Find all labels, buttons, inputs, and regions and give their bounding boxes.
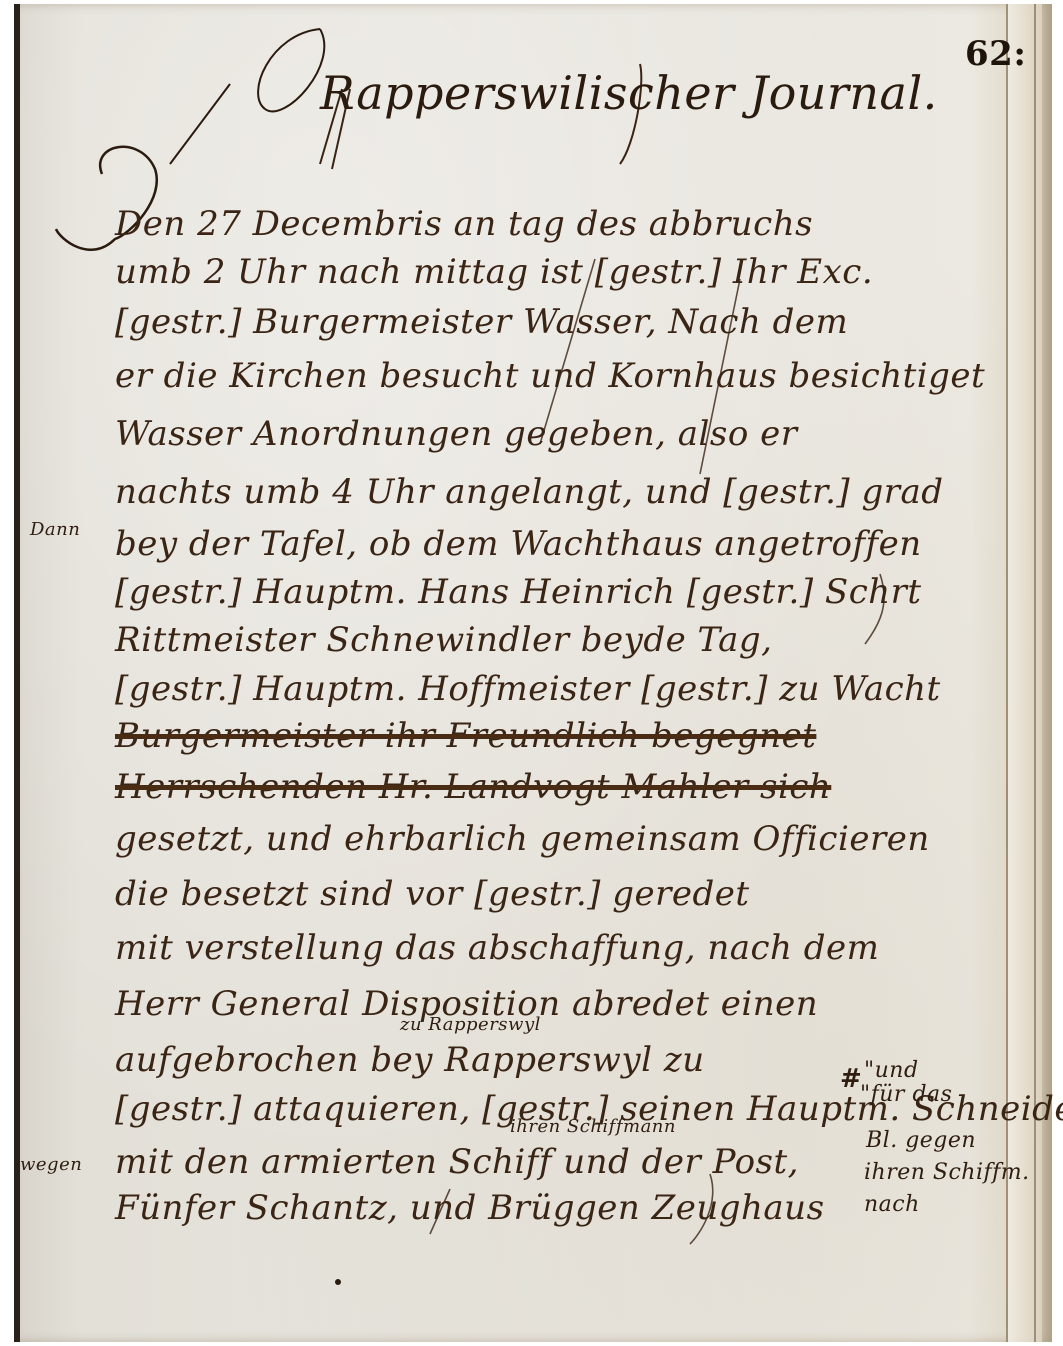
interlinear-addition: zu Rapperswyl: [400, 1014, 541, 1035]
manuscript-line: nachts umb 4 Uhr angelangt, und [gestr.]…: [115, 472, 944, 512]
manuscript-line: mit verstellung das abschaffung, nach de…: [115, 928, 879, 968]
manuscript-line: er die Kirchen besucht und Kornhaus besi…: [115, 356, 985, 396]
manuscript-line: die besetzt sind vor [gestr.] geredet: [115, 874, 750, 914]
hash-marker-icon: #: [840, 1064, 862, 1094]
margin-note-line: "und: [864, 1058, 919, 1083]
manuscript-line: [gestr.] Hauptm. Hoffmeister [gestr.] zu…: [115, 669, 941, 709]
margin-note-line: "für das: [860, 1082, 952, 1107]
manuscript-line: mit den armierten Schiff und der Post,: [115, 1142, 799, 1182]
manuscript-line: umb 2 Uhr nach mittag ist [gestr.] Ihr E…: [115, 252, 873, 292]
margin-note-line: Bl. gegen: [866, 1128, 976, 1153]
manuscript-line: bey der Tafel, ob dem Wachthaus angetrof…: [115, 524, 922, 564]
manuscript-line: [gestr.] Burgermeister Wasser, Nach dem: [115, 302, 848, 342]
manuscript-line: Fünfer Schantz, und Brüggen Zeughaus: [115, 1188, 825, 1228]
manuscript-page: Rapperswilischer Journal. 62: Den 27 Dec…: [14, 4, 1052, 1342]
interlinear-addition: ihren Schiffmann: [510, 1116, 676, 1137]
left-margin-note: Dann: [30, 519, 80, 540]
manuscript-line: Rittmeister Schnewindler beyde Tag,: [115, 620, 772, 660]
manuscript-line: Wasser Anordnungen gegeben, also er: [115, 414, 797, 454]
manuscript-line-struck: Burgermeister ihr Freundlich begegnet: [115, 716, 816, 756]
right-margin-note: # "und "für das Bl. gegen ihren Schiffm.…: [840, 1064, 862, 1094]
left-margin-prefix: wegen: [20, 1154, 82, 1175]
manuscript-line: [gestr.] Hauptm. Hans Heinrich [gestr.] …: [115, 572, 922, 612]
manuscript-line: aufgebrochen bey Rapperswyl zu: [115, 1040, 705, 1080]
margin-note-line: nach: [864, 1192, 920, 1217]
manuscript-line: gesetzt, und ehrbarlich gemeinsam Offici…: [115, 819, 930, 859]
page-number: 62:: [965, 34, 1026, 74]
manuscript-line: Den 27 Decembris an tag des abbruchs: [115, 204, 813, 244]
manuscript-line-struck: Herrschenden Hr. Landvogt Mahler sich: [115, 767, 831, 807]
margin-note-line: ihren Schiffm.: [864, 1160, 1030, 1185]
page-title: Rapperswilischer Journal.: [320, 66, 938, 120]
page-edge: [1006, 4, 1042, 1342]
